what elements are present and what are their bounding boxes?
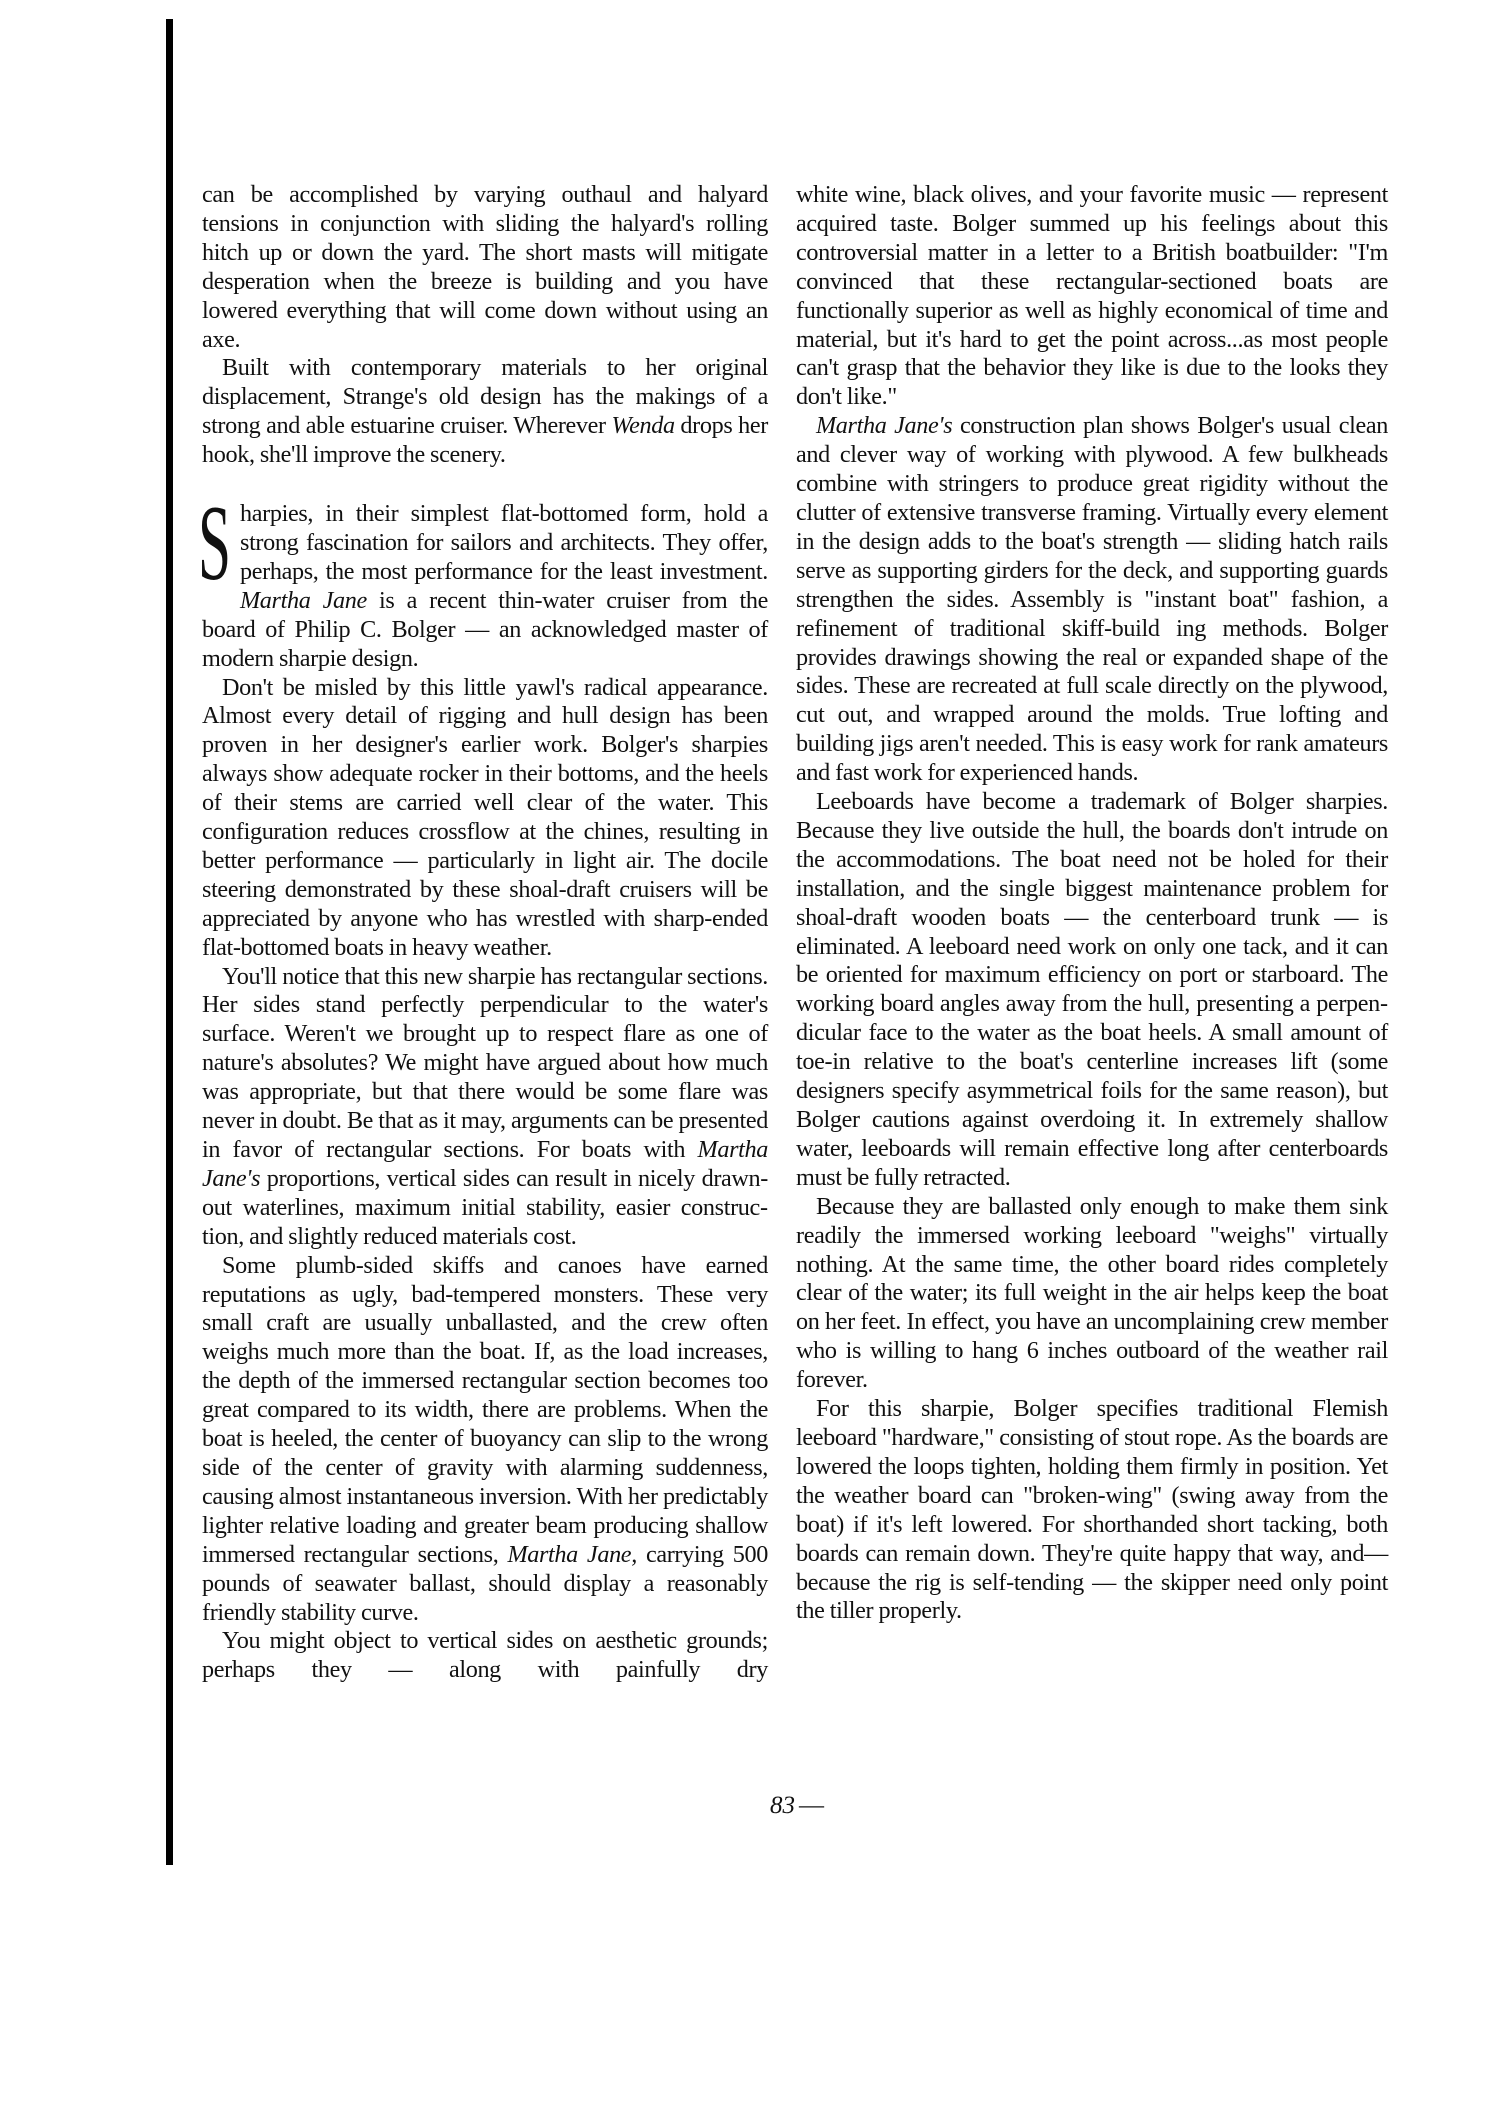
text-run: harpies, in their simplest flat-bottomed… <box>240 500 768 585</box>
boat-name-italic: Wenda <box>612 412 675 439</box>
paragraph: You'll notice that this new sharpie has … <box>202 963 768 1252</box>
page-number: 83— <box>770 1792 824 1820</box>
paragraph: can be accomplished by varying outhaul a… <box>202 181 768 354</box>
paragraph: Leeboards have become a trademark of Bol… <box>796 788 1388 1193</box>
paragraph: white wine, black olives, and your favor… <box>796 181 1388 412</box>
boat-name-italic: Martha Jane's <box>816 412 952 439</box>
page-number-value: 83 <box>770 1792 795 1819</box>
text-run: pro­portions, vertical sides can result … <box>202 1165 768 1250</box>
paragraph: Don't be misled by this little yawl's ra… <box>202 674 768 963</box>
paragraph: For this sharpie, Bolger specifies tradi… <box>796 1395 1388 1626</box>
right-column: white wine, black olives, and your favor… <box>796 181 1388 1626</box>
page-number-dash: — <box>799 1792 824 1819</box>
boat-name-italic: Martha Jane <box>240 587 367 614</box>
text-run: Some plumb-sided skiffs and canoes have … <box>202 1252 768 1568</box>
page-margin-rule <box>166 19 173 1865</box>
section-opening-paragraph: Sharpies, in their simplest flat-bottome… <box>202 500 768 673</box>
left-column: can be accomplished by varying outhaul a… <box>202 181 768 1685</box>
paragraph: Some plumb-sided skiffs and canoes have … <box>202 1252 768 1628</box>
paragraph: You might object to vertical sides on ae… <box>202 1627 768 1685</box>
drop-cap: S <box>198 507 217 587</box>
paragraph: Built with contemporary materials to her… <box>202 354 768 470</box>
text-run: construction plan shows Bolger's usual c… <box>796 412 1388 786</box>
paragraph: Because they are ballasted only enough t… <box>796 1193 1388 1395</box>
text-run: You'll notice that this new sharpie has … <box>202 963 768 1163</box>
boat-name-italic: Martha Jane, <box>507 1541 636 1568</box>
paragraph: Martha Jane's construction plan shows Bo… <box>796 412 1388 788</box>
